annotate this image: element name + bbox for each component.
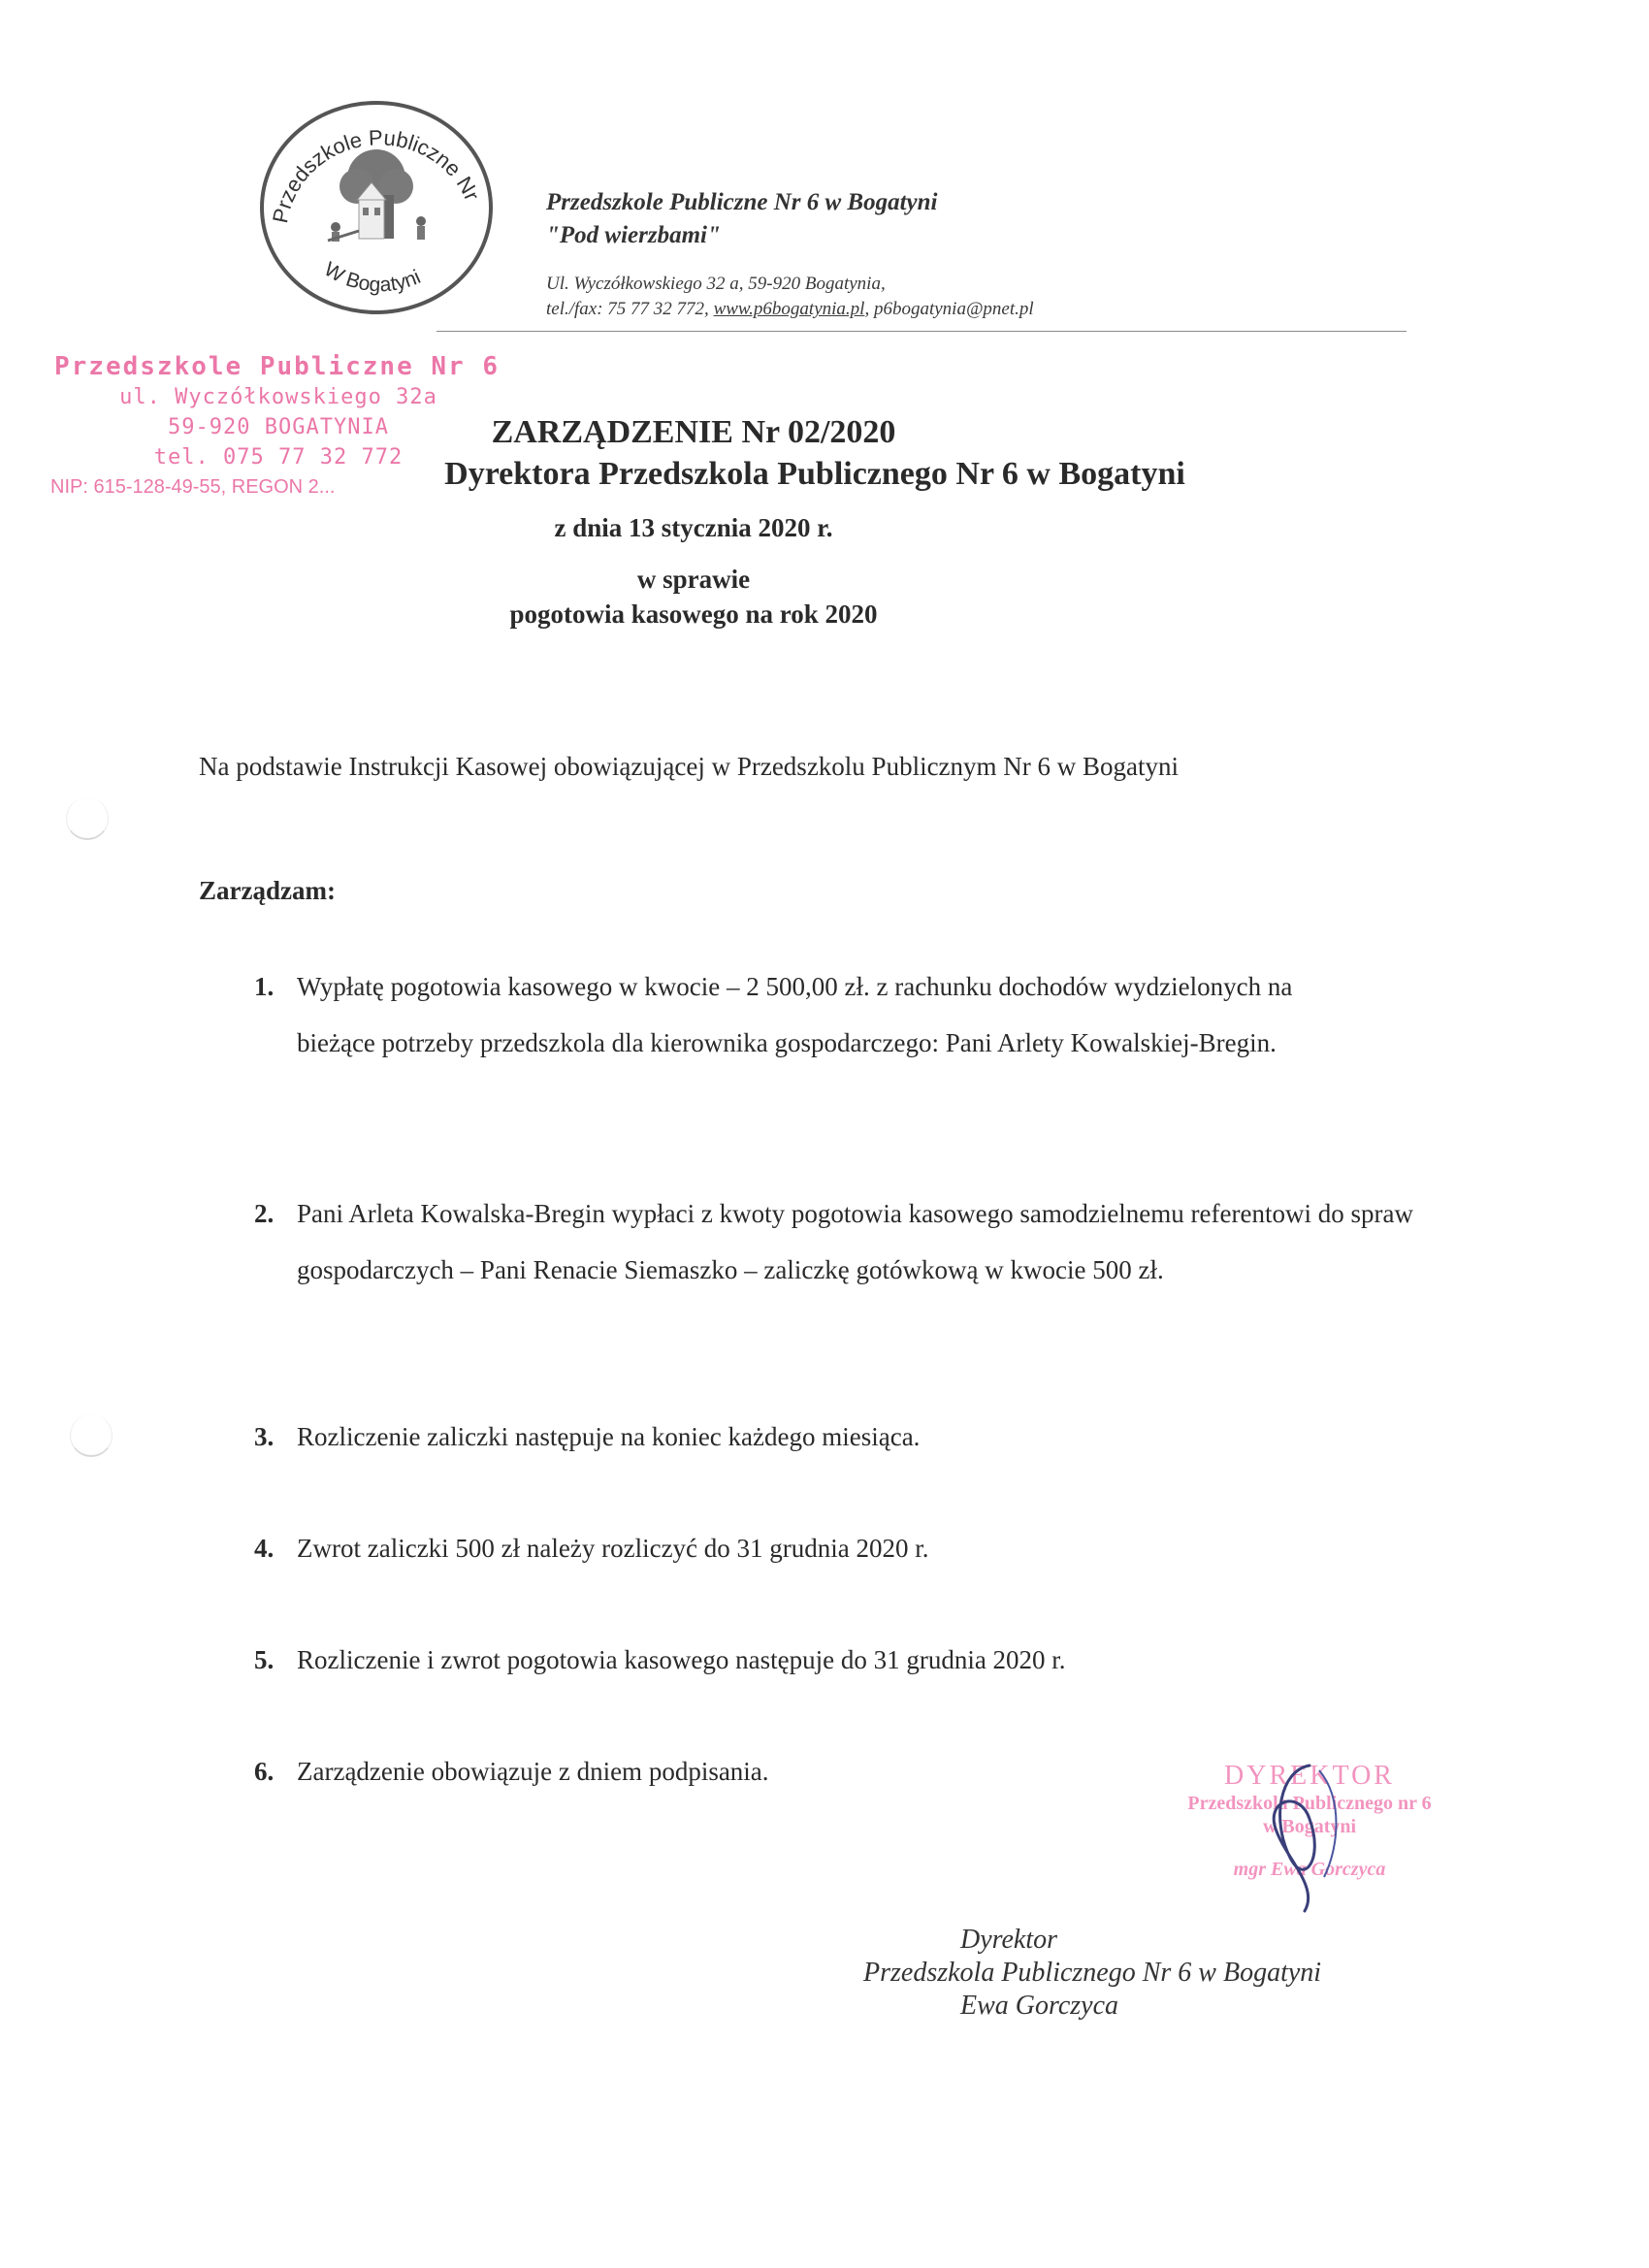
institution-name: Przedszkole Publiczne Nr 6 w Bogatyni (546, 186, 938, 219)
item-text: Rozliczenie zaliczki następuje na koniec… (297, 1409, 1480, 1465)
letterhead-contact: Ul. Wyczółkowskiego 32 a, 59-920 Bogatyn… (546, 272, 1034, 322)
decree-item: 1. Wypłatę pogotowia kasowego w kwocie –… (254, 958, 1306, 1071)
item-number: 1. (254, 958, 297, 1071)
signatory-name: Ewa Gorczyca (854, 1990, 1436, 2023)
letterhead-divider (436, 331, 1406, 332)
decree-item: 4. Zwrot zaliczki 500 zł należy rozliczy… (254, 1520, 1480, 1576)
item-text: Wypłatę pogotowia kasowego w kwocie – 2 … (297, 958, 1306, 1071)
website-link[interactable]: www.p6bogatynia.pl (714, 299, 865, 319)
contact-line: tel./fax: 75 77 32 772, www.p6bogatynia.… (546, 297, 1034, 322)
svg-text:W Bogatyni: W Bogatyni (320, 258, 424, 296)
tree-house-children-icon (328, 149, 426, 242)
signature-block: Dyrektor Przedszkola Publicznego Nr 6 w … (854, 1924, 1436, 2023)
item-number: 3. (254, 1409, 297, 1465)
decree-label: Zarządzam: (199, 876, 336, 906)
document-date: z dnia 13 stycznia 2020 r. (0, 513, 1387, 543)
item-number: 6. (254, 1743, 297, 1799)
item-text: Pani Arleta Kowalska-Bregin wypłaci z kw… (297, 1185, 1461, 1298)
handwritten-signature (1251, 1761, 1358, 1916)
email-address: p6bogatynia@pnet.pl (874, 299, 1034, 319)
punch-hole-mark (70, 1414, 113, 1457)
item-text: Rozliczenie i zwrot pogotowia kasowego n… (297, 1632, 1480, 1688)
decree-item: 5. Rozliczenie i zwrot pogotowia kasoweg… (254, 1632, 1480, 1688)
separator: , (864, 299, 874, 319)
document-issuer: Dyrektora Przedszkola Publicznego Nr 6 w… (136, 456, 1494, 493)
item-number: 4. (254, 1520, 297, 1576)
signatory-institution: Przedszkola Publicznego Nr 6 w Bogatyni (854, 1957, 1436, 1990)
address-line: Ul. Wyczółkowskiego 32 a, 59-920 Bogatyn… (546, 272, 1034, 297)
letterhead-institution: Przedszkole Publiczne Nr 6 w Bogatyni "P… (546, 186, 938, 252)
stamp-line-1: Przedszkole Publiczne Nr 6 (50, 351, 506, 382)
document-title: ZARZĄDZENIE Nr 02/2020 (0, 414, 1387, 451)
institution-subtitle: "Pod wierzbami" (546, 219, 938, 252)
phone-fax: tel./fax: 75 77 32 772, (546, 299, 714, 319)
signatory-role: Dyrektor (854, 1924, 1436, 1957)
item-number: 2. (254, 1185, 297, 1298)
document-subject-label: w sprawie (0, 565, 1387, 595)
item-number: 5. (254, 1632, 297, 1688)
document-subject: pogotowia kasowego na rok 2020 (0, 599, 1387, 630)
item-text: Zwrot zaliczki 500 zł należy rozliczyć d… (297, 1520, 1480, 1576)
decree-item: 2. Pani Arleta Kowalska-Bregin wypłaci z… (254, 1185, 1461, 1298)
punch-hole-mark (66, 797, 109, 840)
legal-basis: Na podstawie Instrukcji Kasowej obowiązu… (199, 752, 1179, 782)
stamp-line-2: ul. Wyczółkowskiego 32a (50, 382, 506, 412)
decree-item: 3. Rozliczenie zaliczki następuje na kon… (254, 1409, 1480, 1465)
kindergarten-seal-logo: Przedszkole Publiczne Nr 6 W Bogatyni (250, 93, 504, 316)
